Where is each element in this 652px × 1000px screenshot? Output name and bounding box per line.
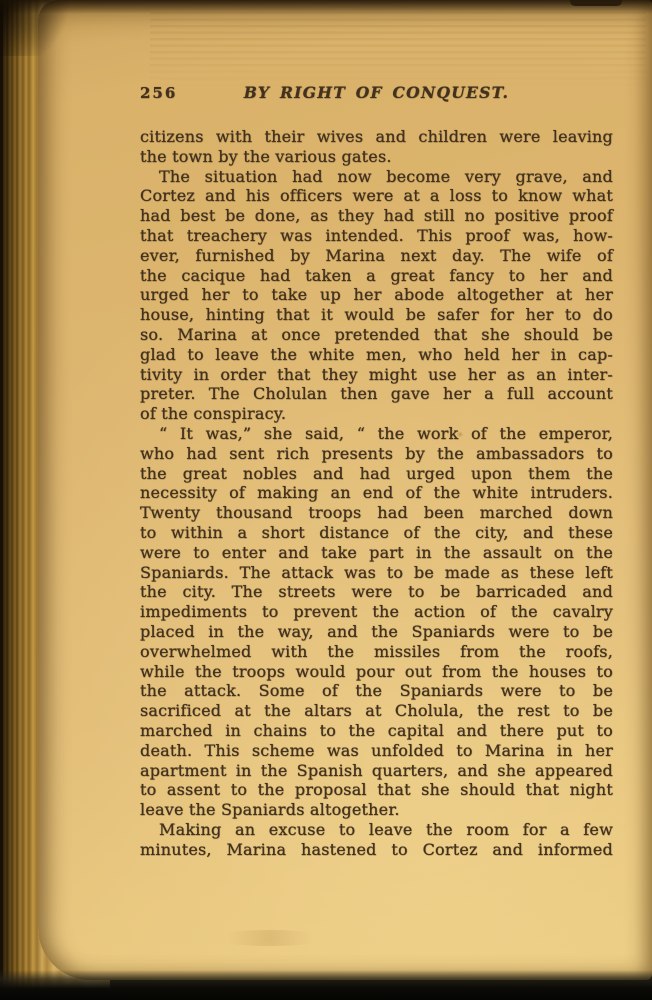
scan-top-shadow <box>0 0 652 14</box>
body-text: citizens with their wives and children w… <box>140 127 613 859</box>
text-line: apartment in the Spanish quarters, and s… <box>140 761 613 781</box>
text-line: house, hinting that it would be safer fo… <box>140 305 613 325</box>
text-line: had best be done, as they had still no p… <box>140 206 613 226</box>
text-line: were to enter and take part in the assau… <box>140 543 613 563</box>
scan-bottom-shadow <box>0 970 652 1000</box>
text-line: who had sent rich presents by the ambass… <box>140 444 613 464</box>
text-line: the attack. Some of the Spaniards were t… <box>140 681 613 701</box>
text-line: Twenty thousand troops had been marched … <box>140 503 613 523</box>
text-line: leave the Spaniards altogether. <box>140 800 613 820</box>
paper-stain <box>210 930 330 946</box>
text-line: Making an excuse to leave the room for a… <box>140 820 613 840</box>
text-line: minutes, Marina hastened to Cortez and i… <box>140 840 613 860</box>
text-line: citizens with their wives and children w… <box>140 127 613 147</box>
text-line: to assent to the proposal that she shoul… <box>140 780 613 800</box>
text-line: impediments to prevent the action of the… <box>140 602 613 622</box>
text-line: the great nobles and had urged upon them… <box>140 464 613 484</box>
scan-top-notch <box>570 0 622 6</box>
running-head: 256 BY RIGHT OF CONQUEST. <box>140 83 613 105</box>
text-line: marched in chains to the capital and the… <box>140 721 613 741</box>
text-line: death. This scheme was unfolded to Marin… <box>140 741 613 761</box>
text-line: Cortez and his officers were at a loss t… <box>140 186 613 206</box>
text-line: to within a short distance of the city, … <box>140 523 613 543</box>
book-page-scan: 256 BY RIGHT OF CONQUEST. citizens with … <box>0 0 652 1000</box>
text-line: “ It was,” she said, “ the work of the e… <box>140 424 613 444</box>
text-line: tivity in order that they might use her … <box>140 365 613 385</box>
text-line: urged her to take up her abode altogethe… <box>140 285 613 305</box>
text-line: so. Marina at once pretended that she sh… <box>140 325 613 345</box>
text-line: ever, furnished by Marina next day. The … <box>140 246 613 266</box>
text-line: Spaniards. The attack was to be made as … <box>140 563 613 583</box>
text-line: the cacique had taken a great fancy to h… <box>140 266 613 286</box>
text-line: glad to leave the white men, who held he… <box>140 345 613 365</box>
text-line: of the conspiracy. <box>140 404 613 424</box>
text-line: necessity of making an end of the white … <box>140 483 613 503</box>
text-line: that treachery was intended. This proof … <box>140 226 613 246</box>
running-title: BY RIGHT OF CONQUEST. <box>140 83 613 102</box>
text-line: the town by the various gates. <box>140 147 613 167</box>
text-line: overwhelmed with the missiles from the r… <box>140 642 613 662</box>
scan-blur-streaks <box>150 12 646 90</box>
text-line: while the troops would pour out from the… <box>140 662 613 682</box>
text-line: The situation had now become very grave,… <box>140 167 613 187</box>
text-line: sacrificed at the altars at Cholula, the… <box>140 701 613 721</box>
text-line: preter. The Cholulan then gave her a ful… <box>140 384 613 404</box>
text-line: the city. The streets were to be barrica… <box>140 582 613 602</box>
text-line: placed in the way, and the Spaniards wer… <box>140 622 613 642</box>
